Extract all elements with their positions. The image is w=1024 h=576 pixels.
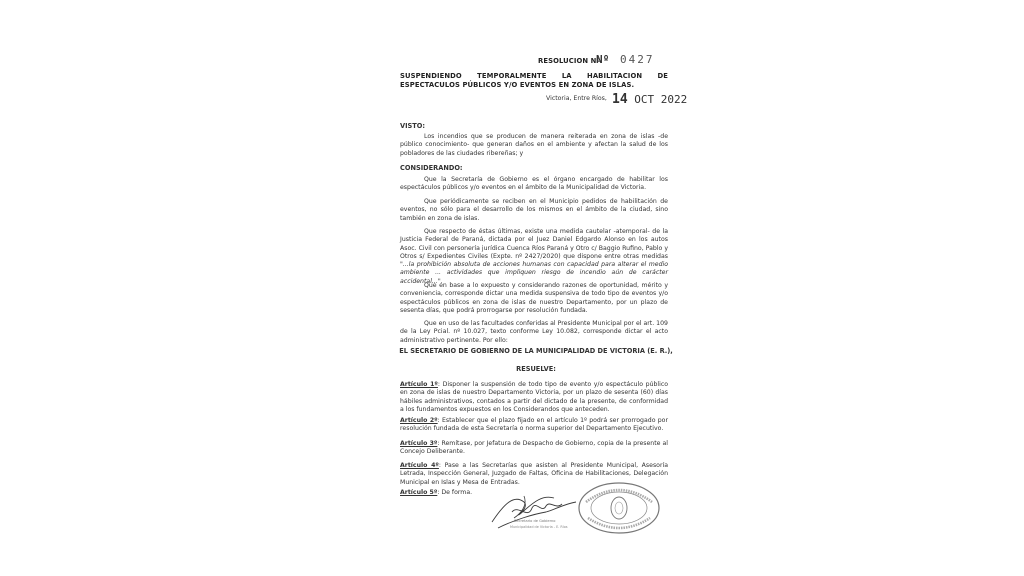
article-1: Artículo 1º: Disponer la suspensión de t… xyxy=(400,381,668,414)
visto-text: Los incendios que se producen de manera … xyxy=(400,133,668,158)
article-4-label: Artículo 4º xyxy=(400,462,439,469)
article-3-label: Artículo 3º xyxy=(400,440,437,447)
date-day: 14 xyxy=(612,92,628,107)
official-stamp-icon xyxy=(576,480,662,536)
resuelve-heading: RESUELVE: xyxy=(388,365,684,373)
resolution-number-prefix: Nº xyxy=(596,53,609,66)
signature-entity: Municipalidad de Victoria - E. Ríos xyxy=(510,525,568,529)
document-page: RESOLUCION Nº Nº 0427 SUSPENDIENDO TEMPO… xyxy=(388,0,684,576)
article-2-text: : Establecer que el plazo fijado en el a… xyxy=(400,417,668,432)
considerando-heading: CONSIDERANDO: xyxy=(400,164,463,172)
article-5-label: Artículo 5º xyxy=(400,489,437,496)
visto-heading: VISTO: xyxy=(400,122,425,130)
date-month-year: OCT 2022 xyxy=(634,93,687,106)
signature-role: Secretario de Gobierno xyxy=(514,519,556,523)
considerando-paragraph-4: Que en base a lo expuesto y considerando… xyxy=(400,282,668,315)
considerando-paragraph-2: Que periódicamente se reciben en el Muni… xyxy=(400,198,668,223)
considerando-paragraph-3: Que respecto de éstas últimas, existe un… xyxy=(400,228,668,286)
article-1-text: : Disponer la suspensión de todo tipo de… xyxy=(400,381,668,413)
resolution-title: SUSPENDIENDO TEMPORALMENTE LA HABILITACI… xyxy=(400,72,668,89)
article-3: Artículo 3º: Remítase, por Jefatura de D… xyxy=(400,440,668,457)
considerando-paragraph-1: Que la Secretaría de Gobierno es el órga… xyxy=(400,176,668,193)
article-1-label: Artículo 1º xyxy=(400,381,438,388)
authority-heading: EL SECRETARIO DE GOBIERNO DE LA MUNICIPA… xyxy=(388,347,684,355)
article-3-text: : Remítase, por Jefatura de Despacho de … xyxy=(400,440,668,455)
considerando-paragraph-5: Que en uso de las facultades conferidas … xyxy=(400,320,668,345)
resolution-number: 0427 xyxy=(620,53,655,66)
article-2: Artículo 2º: Establecer que el plazo fij… xyxy=(400,417,668,434)
article-5-text: : De forma. xyxy=(437,489,472,496)
place: Victoria, Entre Ríos, xyxy=(546,95,607,103)
resolution-label: RESOLUCION Nº xyxy=(538,57,600,65)
date: 14 OCT 2022 xyxy=(612,92,687,107)
article-2-label: Artículo 2º xyxy=(400,417,438,424)
